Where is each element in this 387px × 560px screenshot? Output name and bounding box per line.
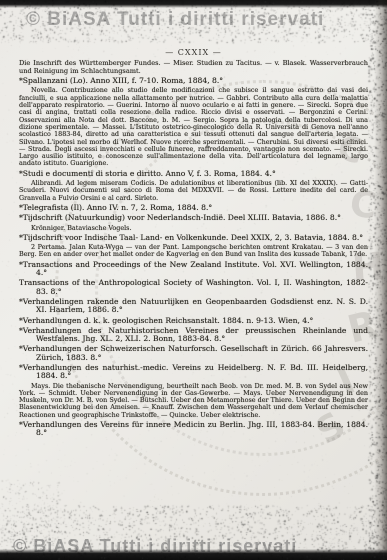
bibliography-summary: Alibrandi. Ad legem miseram Codicis. De … <box>19 180 368 202</box>
scanned-document-page: C C H R I S — CXXIX — Die Inschrift des … <box>0 0 387 560</box>
page-number: — CXXIX — <box>0 48 387 57</box>
bibliography-entry: *Verhandelingen rakende den Natuurlijken… <box>19 298 368 315</box>
bibliography-summary: Die Inschrift des Württemberger Fundes. … <box>19 60 368 75</box>
bibliography-summary: Krönniger. Bataviasche Vogels. <box>19 225 368 232</box>
bibliography-entry: *Transactions and Proceedings of the New… <box>19 261 368 278</box>
bibliography-entry: *Studi e documenti di storia e diritto. … <box>19 170 368 178</box>
bibliography-summary: 2 Pertama. Jalan Kuta-Wyga — van der Pan… <box>19 244 368 259</box>
scan-edge-right <box>374 0 387 560</box>
bibliography-entry: *Tijdschrift (Natuurkundig) voor Nederla… <box>19 214 368 222</box>
bibliography-entry: *Telegrafista (Il). Anno IV. n. 7, 2. Ro… <box>19 204 368 212</box>
bibliography-entry: *Verhandlungen der Schweizerischen Natur… <box>19 345 368 362</box>
watermark-top: © BiASA Tutti i diritti riservati <box>26 9 324 31</box>
bibliography-summary: Novella. Contribuzione allo studio delle… <box>19 87 368 167</box>
bibliography-entry: *Verhandlungen des Vereins für innere Me… <box>19 421 368 438</box>
bibliography-text: Die Inschrift des Württemberger Fundes. … <box>19 60 368 440</box>
scan-edge-top <box>0 0 387 8</box>
bibliography-entry: *Verhandlungen des naturhist.-medic. Ver… <box>19 364 368 381</box>
bibliography-entry: *Verhandlungen des Naturhistorischen Ver… <box>19 327 368 344</box>
bibliography-entry: *Spallanzani (Lo). Anno XIII, f. 7-10. R… <box>19 77 368 85</box>
bibliography-entry: Transactions of the Anthropological Soci… <box>19 279 368 296</box>
bibliography-entry: *Verhandlungen d. k. k. geologischen Rei… <box>19 317 368 325</box>
bibliography-summary: Mays. Die thebanische Nervenendigung, be… <box>19 383 368 419</box>
scan-edge-bottom <box>0 549 387 560</box>
bibliography-entry: *Tijdschrift voor Indische Taal- Land- e… <box>19 234 368 242</box>
